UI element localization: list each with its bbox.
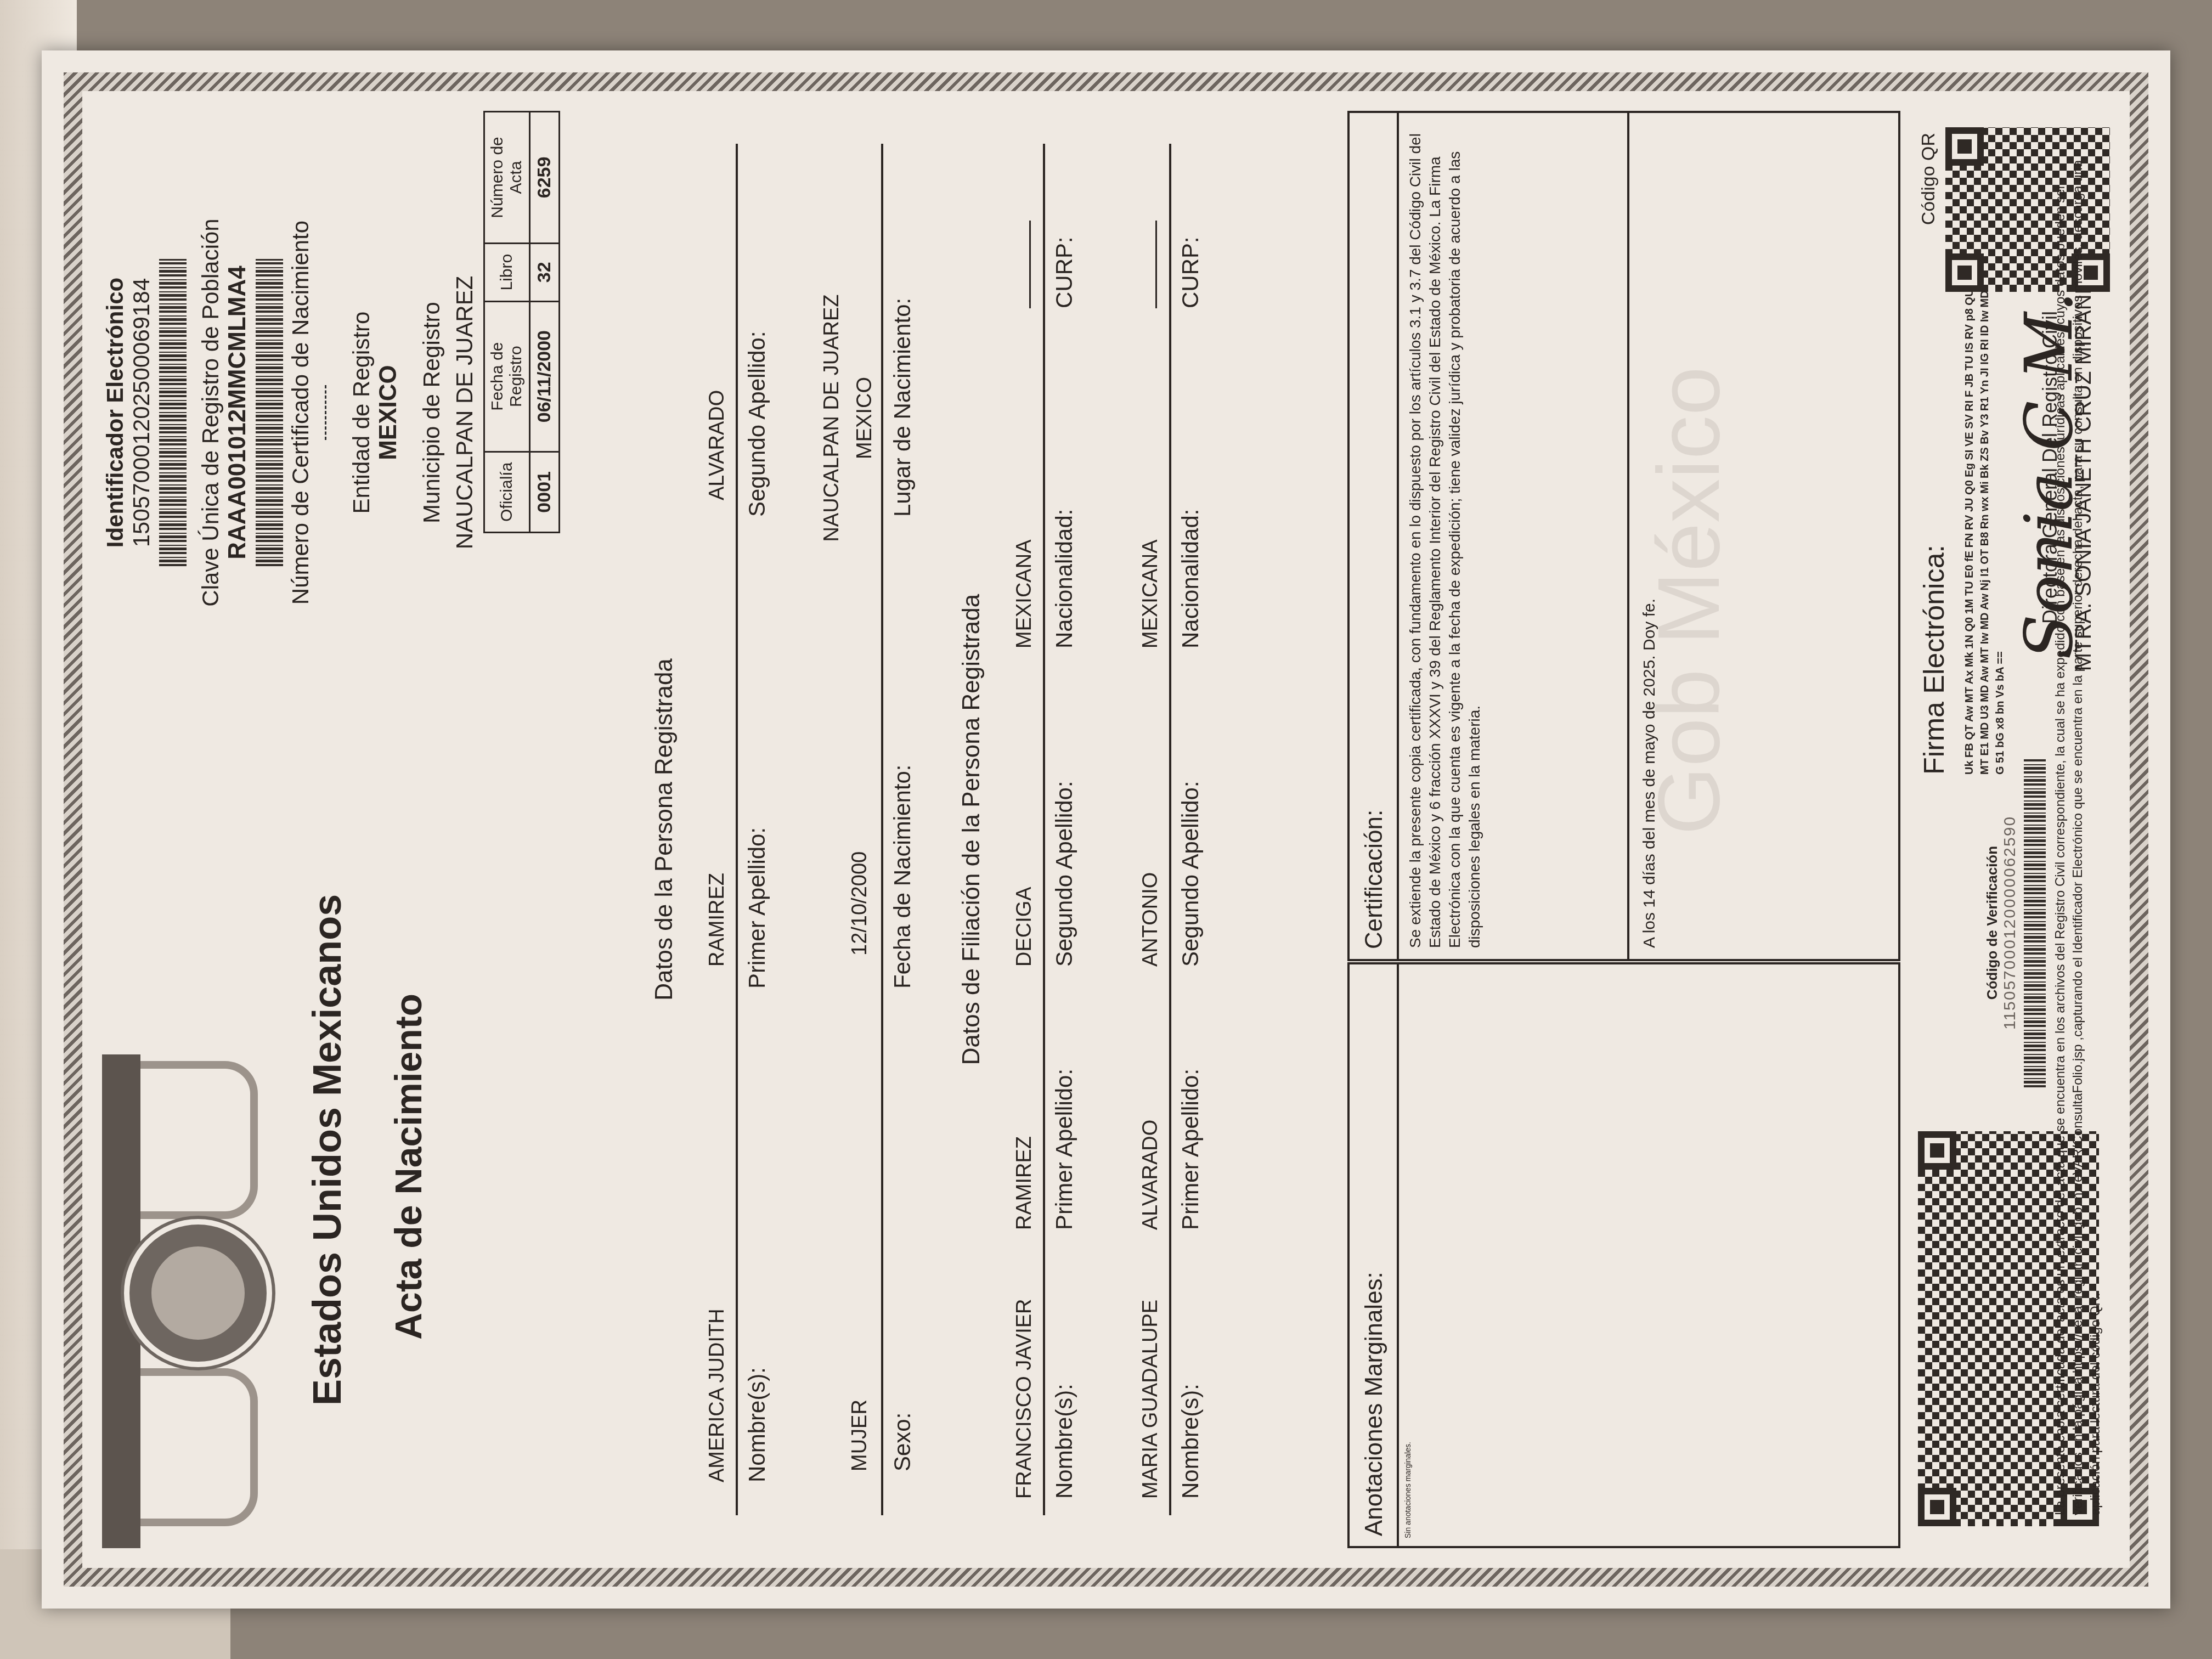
header-oficialia: Oficialía (484, 452, 530, 532)
qr-label: Código QR (1918, 133, 1939, 225)
first-surname-label: Primer Apellido: (744, 827, 770, 989)
electronic-id: 150570001202500069184 (128, 111, 155, 714)
birth-date-label: Fecha de Nacimiento: (889, 764, 916, 989)
certification-text: Se extiende la presente copia certificad… (1399, 113, 1629, 959)
given-names-label: Nombre(s): (744, 1367, 770, 1482)
curp-value: RAAA001012MMCMLMA4 (224, 111, 251, 714)
marginal-notes-title: Anotaciones Marginales: (1350, 964, 1399, 1546)
divider (1169, 144, 1171, 1515)
birth-place-label: Lugar de Nacimiento: (889, 298, 916, 517)
value-fecha-registro: 06/11/2000 (530, 301, 560, 452)
legal-footer: La presente copia certificada del acta e… (2052, 144, 2104, 1515)
nationality-label: Nacionalidad: (1177, 509, 1204, 648)
parent2-first-surname: ALVARADO (1139, 1120, 1163, 1230)
electronic-id-label: Identificador Electrónico (102, 111, 128, 714)
certification-title: Certificación: (1350, 113, 1399, 959)
second-surname-value: ALVARADO (706, 390, 729, 500)
barcode-icon (159, 259, 187, 566)
header-numero-acta: Número de Acta (484, 112, 530, 244)
second-surname-label: Segundo Apellido: (744, 331, 770, 517)
first-surname-label: Primer Apellido: (1177, 1069, 1204, 1230)
verification-label: Código de Verificación (1984, 753, 2001, 1093)
marginal-notes-text: Sin anotaciones marginales. (1399, 964, 1417, 1546)
document-title: Acta de Nacimiento (387, 994, 430, 1340)
parent1-curp-value (1029, 221, 1031, 308)
second-surname-label: Segundo Apellido: (1177, 781, 1204, 967)
divider (881, 144, 883, 1515)
coat-of-arms-icon (124, 1219, 272, 1367)
curp-label: CURP: (1177, 236, 1204, 308)
first-surname-label: Primer Apellido: (1051, 1069, 1077, 1230)
given-names-label: Nombre(s): (1177, 1384, 1204, 1499)
birth-place-value: NAUCALPAN DE JUAREZ MEXICO (815, 253, 881, 583)
parent2-nationality: MEXICANA (1139, 540, 1163, 648)
watermark: Gob México (1638, 366, 1739, 835)
second-surname-label: Segundo Apellido: (1051, 781, 1077, 967)
divider (1043, 144, 1045, 1515)
verification-block: Código de Verificación 11505700012000006… (1984, 753, 2050, 1093)
nationality-label: Nacionalidad: (1051, 509, 1077, 648)
identifiers-block: Identificador Electrónico 15057000120250… (102, 111, 560, 714)
curp-label: CURP: (1051, 236, 1077, 308)
birth-certificate-page: Estados Unidos Mexicanos Acta de Nacimie… (42, 50, 2170, 1609)
parent1-second-surname: DECIGA (1013, 887, 1036, 967)
registered-person-title: Datos de la Persona Registrada (651, 111, 678, 1548)
sex-value: MUJER (848, 1400, 872, 1471)
entity-value: MEXICO (375, 111, 402, 714)
curp-label: Clave Única de Registro de Población (198, 111, 224, 714)
parent2-curp-value (1155, 221, 1157, 308)
divider (736, 144, 738, 1515)
parent-row: MARIA GUADALUPE ALVARADO ANTONIO MEXICAN… (1139, 144, 1221, 1515)
municipality-label: Municipio de Registro (419, 111, 445, 714)
birth-date-value: 12/10/2000 (848, 851, 872, 956)
national-seal (102, 1054, 283, 1548)
municipality-value: NAUCALPAN DE JUAREZ (452, 111, 478, 714)
parent2-given-names: MARIA GUADALUPE (1139, 1300, 1163, 1499)
parent2-second-surname: ANTONIO (1139, 872, 1163, 967)
birth-certificate-label: Número de Certificado de Nacimiento (287, 111, 314, 714)
header-fecha-registro: Fecha de Registro (484, 301, 530, 452)
electronic-signature-title: Firma Electrónica: (1918, 545, 1951, 775)
value-oficialia: 0001 (530, 452, 560, 532)
certification-box: Certificación: Se extiende la presente c… (1347, 111, 1900, 961)
parent1-first-surname: RAMIREZ (1013, 1136, 1036, 1230)
first-surname-value: RAMIREZ (706, 873, 729, 967)
parent1-nationality: MEXICANA (1013, 540, 1036, 648)
verification-code: 115057000120000062590 (2001, 753, 2019, 1093)
registry-table: Oficialía Fecha de Registro Libro Número… (483, 111, 560, 533)
person-birth-row: MUJER 12/10/2000 NAUCALPAN DE JUAREZ MEX… (815, 144, 925, 1515)
scroll-ornament-icon (140, 1061, 258, 1219)
person-names-row: AMERICA JUDITH RAMIREZ ALVARADO Nombre(s… (706, 144, 788, 1515)
marginal-notes-box: Anotaciones Marginales: Sin anotaciones … (1347, 962, 1900, 1548)
given-names-value: AMERICA JUDITH (706, 1308, 729, 1482)
header-libro: Libro (484, 243, 530, 301)
filiation-title: Datos de Filiación de la Persona Registr… (958, 111, 985, 1548)
birth-certificate-number (325, 385, 326, 440)
value-numero-acta: 6259 (530, 112, 560, 244)
parent1-given-names: FRANCISCO JAVIER (1013, 1299, 1036, 1499)
scroll-ornament-icon (140, 1368, 258, 1526)
given-names-label: Nombre(s): (1051, 1384, 1077, 1499)
sex-label: Sexo: (889, 1413, 916, 1471)
barcode-icon (2024, 758, 2046, 1087)
entity-label: Entidad de Registro (348, 111, 375, 714)
value-libro: 32 (530, 243, 560, 301)
country-title: Estados Unidos Mexicanos (305, 894, 350, 1406)
barcode-icon (256, 259, 283, 566)
parent-row: FRANCISCO JAVIER RAMIREZ DECIGA MEXICANA… (1013, 144, 1095, 1515)
